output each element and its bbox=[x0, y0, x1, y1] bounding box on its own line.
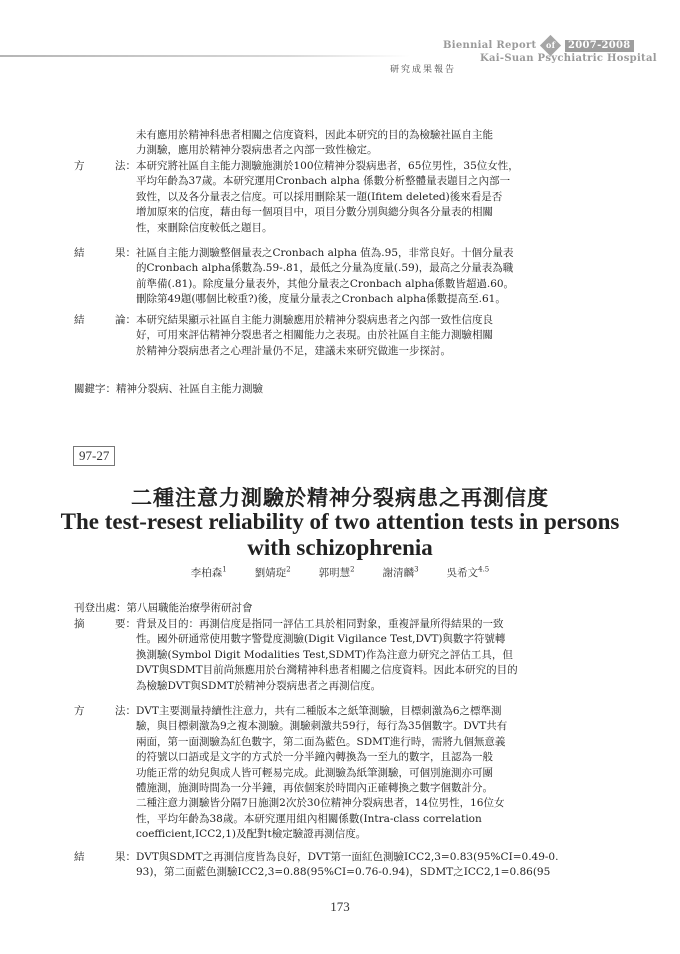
text-line: 於精神分裂病患者之心理計量仍不足，建議未來研究做進一步探討。 bbox=[136, 344, 622, 359]
text-line: 93)，第二面藍色測驗ICC2,3=0.88(95%CI=0.76-0.94)，… bbox=[136, 865, 622, 880]
text-line: 體施測，施測時間為一分半鐘，再依個案於時間內正確轉換之數字個數計分。 bbox=[136, 781, 622, 796]
section-methods: 方 法： DVT主要測量持續性注意力，共有二種版本之紙筆測驗，目標刺激為6之標準… bbox=[74, 704, 622, 843]
published-label: 刊登出處： bbox=[74, 602, 127, 614]
author-list: 李柏森1 劉婧琁2 郭明慧2 謝清麟3 吳希文4.5 bbox=[0, 565, 680, 580]
section-label: 摘 要： bbox=[74, 617, 136, 694]
text-line: 致性，以及各分量表之信度。可以採用刪除某一題(Ifitem deleted)後來… bbox=[136, 190, 622, 205]
section-label: 結 果： bbox=[74, 246, 136, 308]
text-line: 社區自主能力測驗整個量表之Cronbach alpha 值為.95，非常良好。十… bbox=[136, 246, 622, 261]
text-line: 增加原來的信度，藉由每一個項目中，項目分數分別與總分與各分量表的相關 bbox=[136, 205, 622, 220]
text-line: DVT與SDMT目前尚無應用於台灣精神科患者相關之信度資料。因此本研究的目的 bbox=[136, 663, 622, 678]
section-label: 結 果： bbox=[74, 850, 136, 881]
text-line: 二種注意力測驗皆分隔7日施測2次於30位精神分裂病患者，14位男性，16位女 bbox=[136, 796, 622, 811]
author: 吳希文4.5 bbox=[447, 565, 490, 580]
text-line: 性，平均年齡為38歲。本研究運用組內相關係數(Intra-class corre… bbox=[136, 812, 622, 827]
text-line: 功能正常的幼兒與成人皆可輕易完成。此測驗為紙筆測驗，可個別施測亦可團 bbox=[136, 766, 622, 781]
text-line: coefficient,ICC2,1)及配對t檢定驗證再測信度。 bbox=[136, 827, 622, 842]
article-id-badge: 97-27 bbox=[73, 446, 115, 466]
text-line: 兩面，第一面測驗為紅色數字，第二面為藍色。SDMT進行時，需將九個無意義 bbox=[136, 735, 622, 750]
text-line: DVT與SDMT之再測信度皆為良好，DVT第一面紅色測驗ICC2,3=0.83(… bbox=[136, 850, 622, 865]
text-line: 好，可用來評估精神分裂患者之相關能力之表現。由於社區自主能力測驗相關 bbox=[136, 328, 622, 343]
section-abstract: 摘 要： 背景及目的：再測信度是指同一評估工具於相同對象，重複評量所得結果的一致… bbox=[74, 617, 622, 694]
section-results: 結 果： DVT與SDMT之再測信度皆為良好，DVT第一面紅色測驗ICC2,3=… bbox=[74, 850, 622, 881]
section-label: 方 法： bbox=[74, 159, 136, 236]
section-name-cn: 研究成果報告 bbox=[390, 62, 456, 75]
prev-section-conclusion: 結 論： 本研究結果顯示社區自主能力測驗應用於精神分裂病患者之內部一致性信度良 … bbox=[74, 313, 622, 359]
intro-line: 未有應用於精神科患者相關之信度資料，因此本研究的目的為檢驗社區自主能 bbox=[74, 128, 622, 143]
prev-section-results: 結 果： 社區自主能力測驗整個量表之Cronbach alpha 值為.95，非… bbox=[74, 246, 622, 308]
section-label: 方 法： bbox=[74, 704, 136, 843]
published-in: 刊登出處：第八屆職能治療學術研討會 bbox=[74, 601, 622, 616]
hospital-name: Kai-Suan Psychiatric Hospital bbox=[480, 53, 657, 64]
text-line: 本研究結果顯示社區自主能力測驗應用於精神分裂病患者之內部一致性信度良 bbox=[136, 313, 622, 328]
article-title-en: The test-resest reliability of two atten… bbox=[60, 509, 620, 561]
text-line: 性。國外研通常使用數字警覺度測驗(Digit Vigilance Test,DV… bbox=[136, 632, 622, 647]
published-value: 第八屆職能治療學術研討會 bbox=[127, 602, 253, 614]
article-title-cn: 二種注意力測驗於精神分裂病患之再測信度 bbox=[0, 482, 680, 512]
text-line: 的符號以口語或是文字的方式於一分半鐘內轉換為一至九的數字，且認為一般 bbox=[136, 750, 622, 765]
section-label: 結 論： bbox=[74, 313, 136, 359]
page-number: 173 bbox=[0, 899, 680, 915]
text-line: 性，來刪除信度較低之題目。 bbox=[136, 221, 622, 236]
keywords: 關鍵字：精神分裂病、社區自主能力測驗 bbox=[74, 382, 622, 397]
prev-section-methods: 方 法： 本研究將社區自主能力測驗施測於100位精神分裂病患者，65位男性，35… bbox=[74, 159, 622, 236]
author: 謝清麟3 bbox=[383, 565, 419, 580]
prev-article-intro: 未有應用於精神科患者相關之信度資料，因此本研究的目的為檢驗社區自主能 力測驗，應… bbox=[74, 128, 622, 159]
author: 李柏森1 bbox=[191, 565, 227, 580]
text-line: 本研究將社區自主能力測驗施測於100位精神分裂病患者，65位男性，35位女性， bbox=[136, 159, 622, 174]
header-rule bbox=[0, 55, 410, 57]
text-line: 刪除第49題(哪個比較重?)後，度量分量表之Cronbach alpha係數提高… bbox=[136, 292, 622, 307]
author: 郭明慧2 bbox=[319, 565, 355, 580]
running-header-report: Biennial Report of 2007-2008 bbox=[443, 38, 634, 53]
keywords-value: 精神分裂病、社區自主能力測驗 bbox=[116, 383, 263, 395]
text-line: 為檢驗DVT與SDMT於精神分裂病患者之再測信度。 bbox=[136, 679, 622, 694]
author: 劉婧琁2 bbox=[255, 565, 291, 580]
text-line: 的Cronbach alpha係數為.59-.81，最低之分量為度量(.59)，… bbox=[136, 261, 622, 276]
text-line: 前準備(.81)。除度量分量表外，其他分量表之Cronbach alpha係數皆… bbox=[136, 277, 622, 292]
report-label: Biennial Report bbox=[443, 40, 536, 51]
report-years: 2007-2008 bbox=[565, 40, 634, 52]
keywords-label: 關鍵字： bbox=[74, 383, 116, 395]
text-line: 驗，與目標刺激為9之複本測驗。測驗刺激共59行，每行為35個數字。DVT共有 bbox=[136, 719, 622, 734]
text-line: DVT主要測量持續性注意力，共有二種版本之紙筆測驗，目標刺激為6之標準測 bbox=[136, 704, 622, 719]
text-line: 背景及目的：再測信度是指同一評估工具於相同對象，重複評量所得結果的一致 bbox=[136, 617, 622, 632]
text-line: 平均年齡為37歲。本研究運用Cronbach alpha 係數分析整體量表題目之… bbox=[136, 174, 622, 189]
intro-line: 力測驗，應用於精神分裂病患者之內部一致性檢定。 bbox=[74, 143, 622, 158]
text-line: 換測驗(Symbol Digit Modalities Test,SDMT)作為… bbox=[136, 648, 622, 663]
